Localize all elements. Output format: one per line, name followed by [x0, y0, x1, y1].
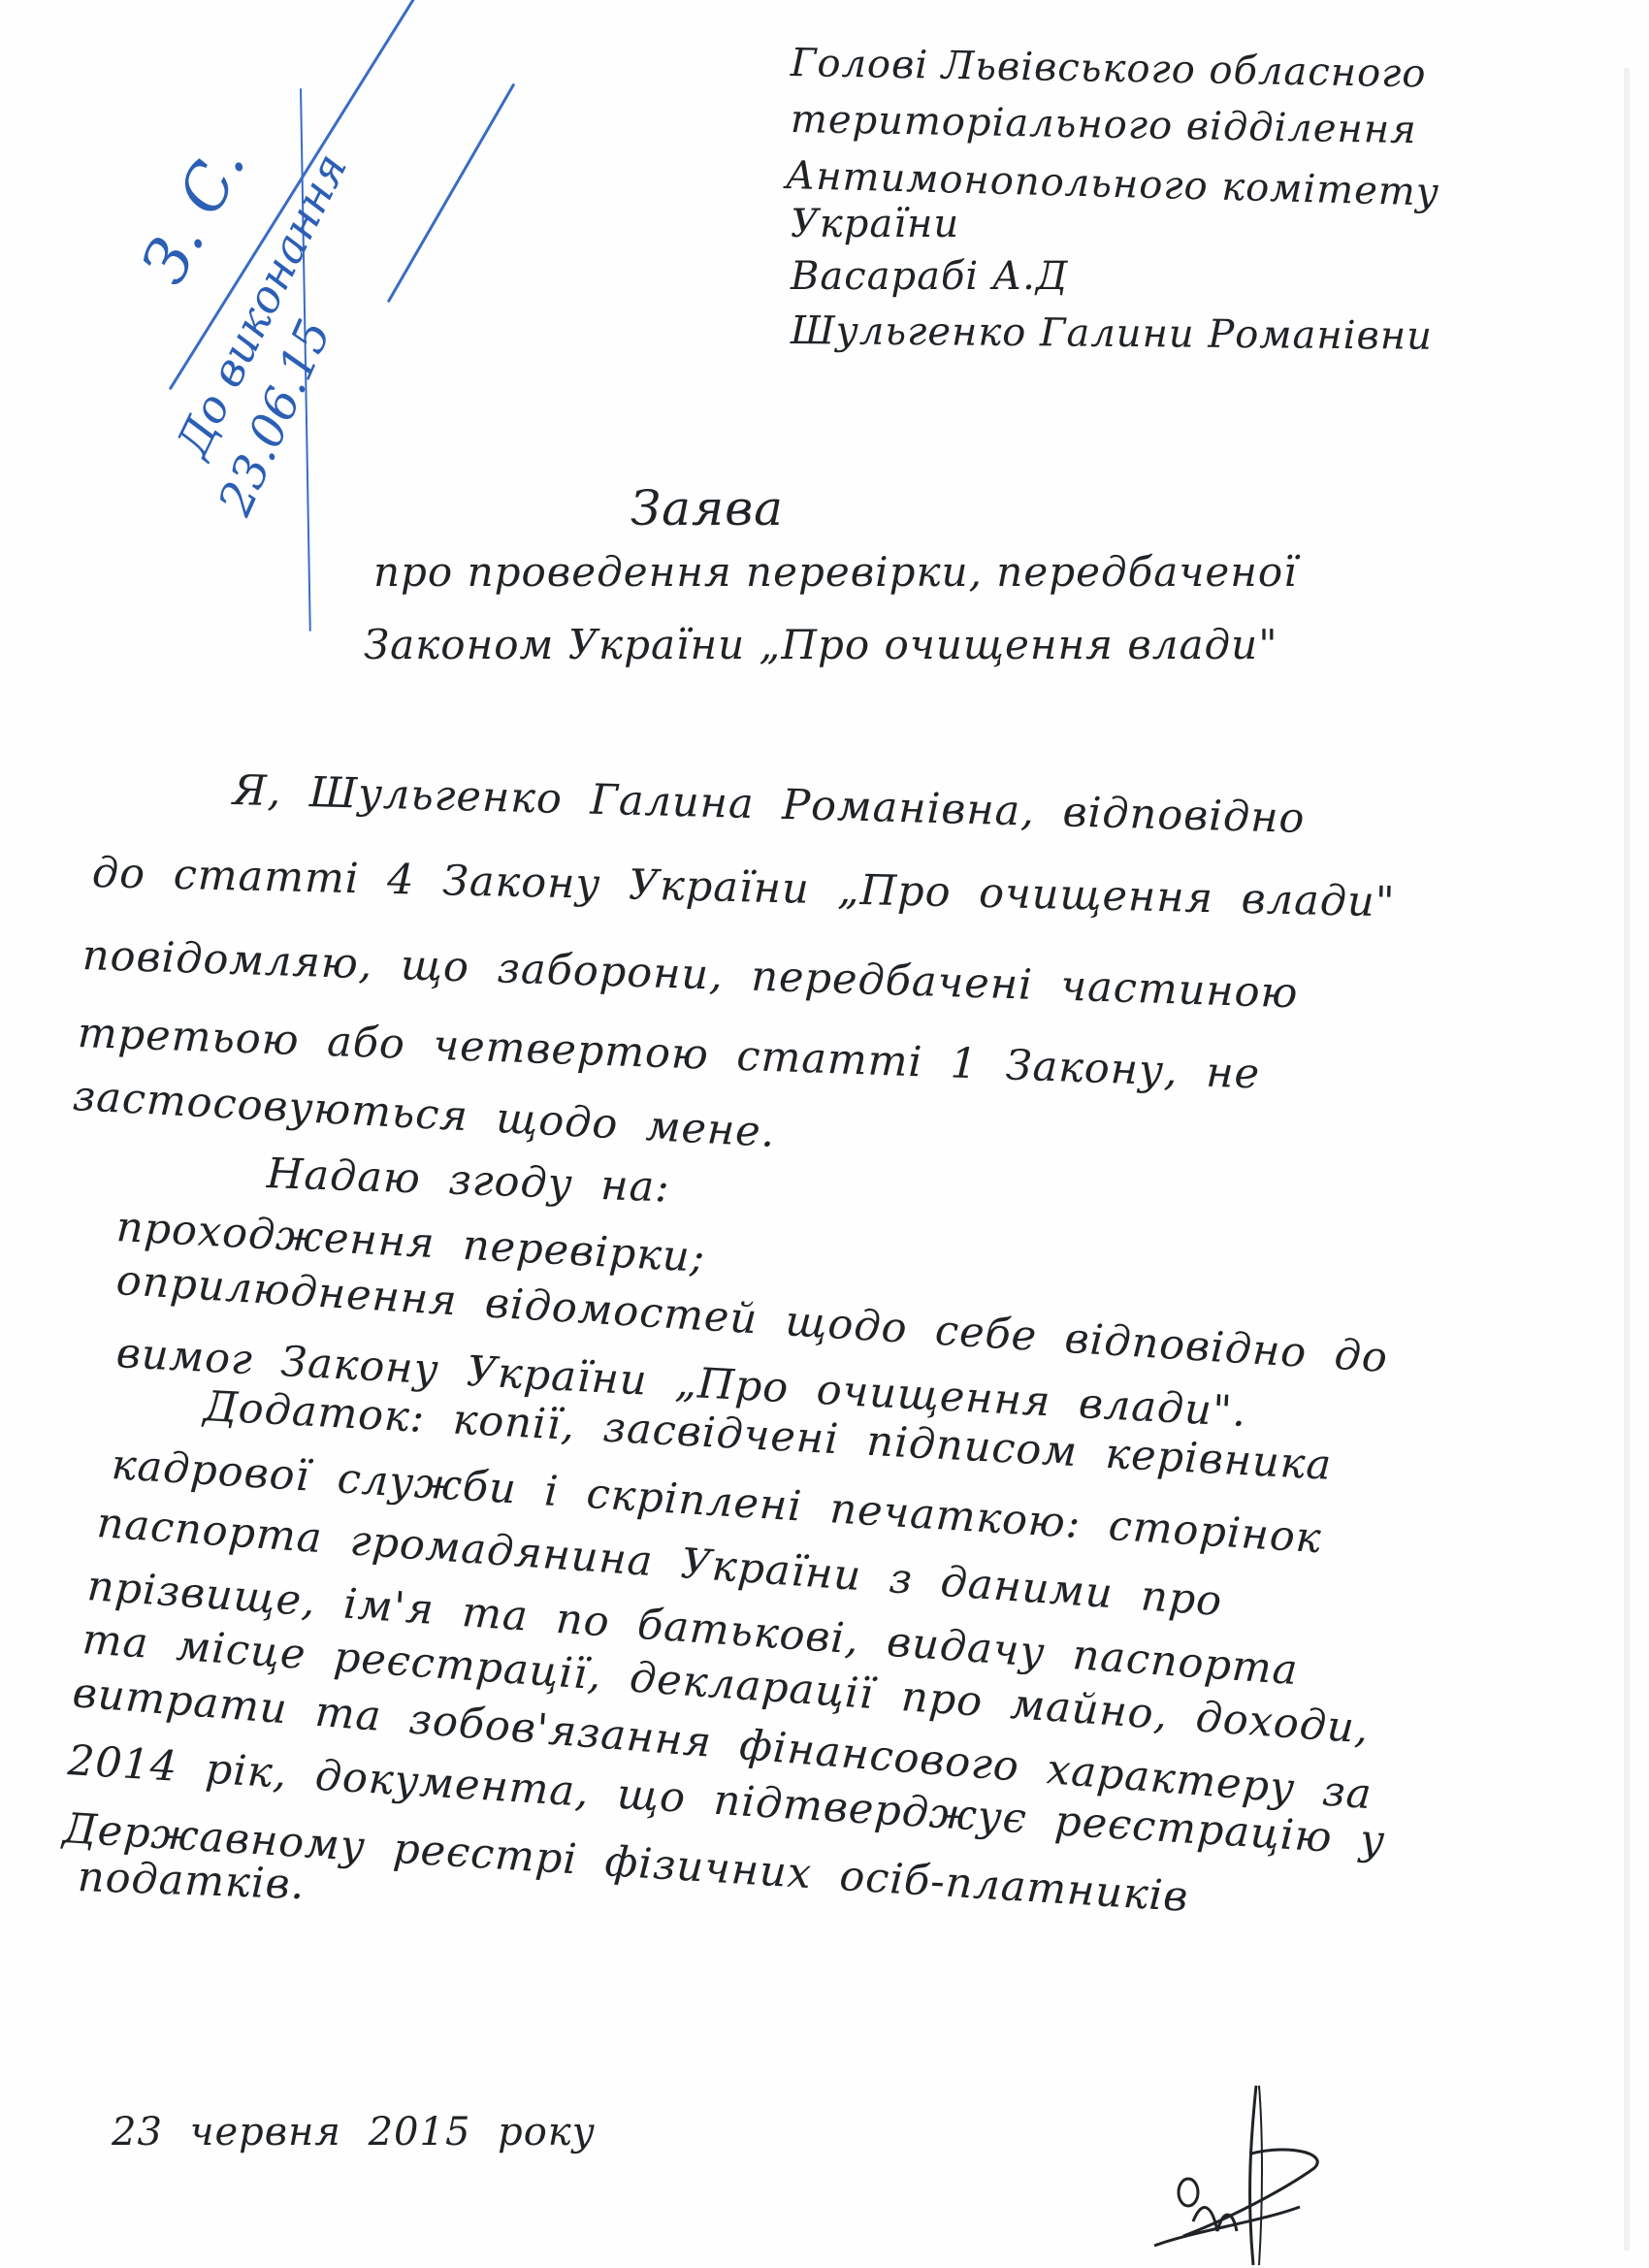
body-line: до статті 4 Закону України „Про очищення… [91, 849, 1396, 926]
resolution-initials: З. С. [128, 133, 260, 295]
document-subtitle-line: Законом України „Про очищення влади" [364, 621, 1278, 668]
document-subtitle-line: про проведення перевірки, передбаченої [373, 548, 1298, 596]
resolution-stroke-right [387, 83, 516, 304]
body-line: податків. [77, 1853, 306, 1909]
scan-edge-shadow [1624, 68, 1630, 2251]
addressee-line: Голові Львівського обласного [791, 41, 1427, 96]
body-line: Надаю згоду на: [266, 1150, 670, 1212]
scanned-document-page: З. С. До виконання 23.06.15 Голові Львів… [0, 0, 1649, 2268]
addressee-line: Васарабі А.Д [791, 254, 1068, 299]
addressee-line: територіального відділення [791, 97, 1418, 152]
document-title: Заява [630, 480, 784, 536]
body-line: повідомляю, що заборони, передбачені час… [81, 931, 1299, 1018]
document-date: 23 червня 2015 року [112, 2110, 596, 2155]
body-line: застосовуються щодо мене. [72, 1072, 777, 1157]
signature-mark [1135, 2076, 1329, 2268]
body-line: Я, Шульгенко Галина Романівна, відповідн… [232, 766, 1306, 843]
addressee-line: України [791, 202, 959, 246]
addressee-line: Шульгенко Галини Романівни [791, 308, 1433, 359]
